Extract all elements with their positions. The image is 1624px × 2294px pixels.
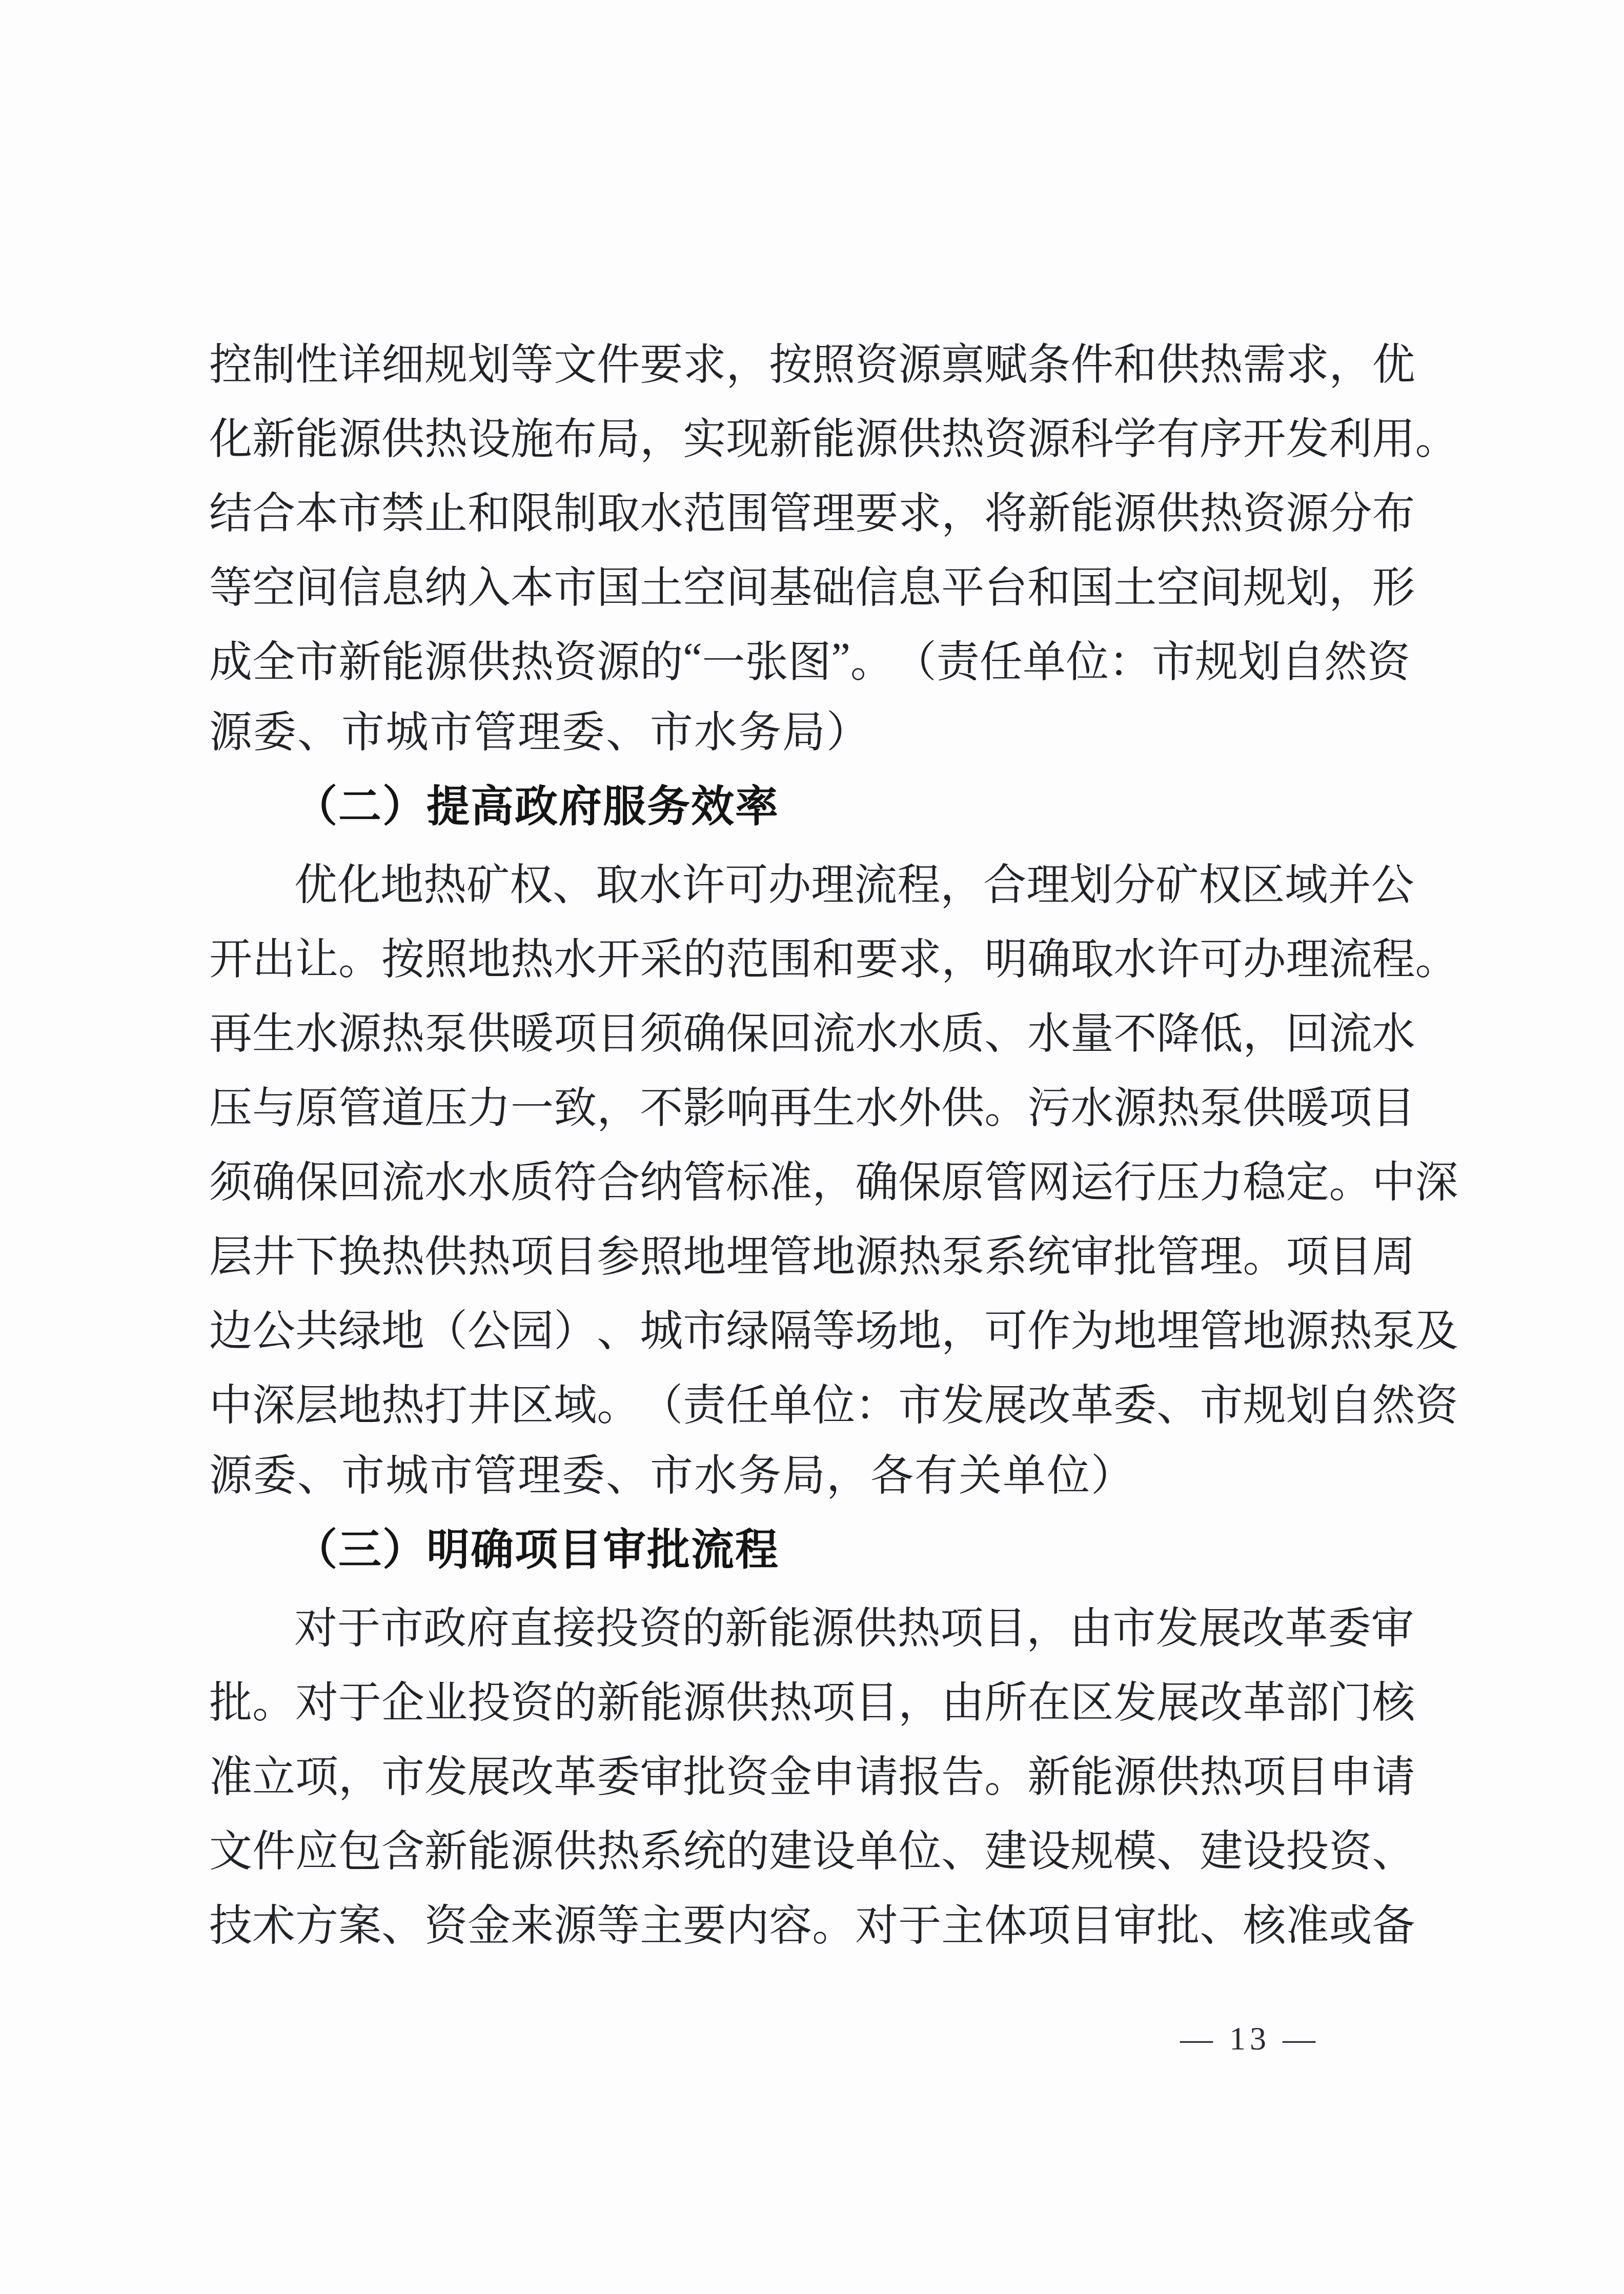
body-line: 再生水源热泵供暖项目须确保回流水水质、水量不降低，回流水 <box>209 993 1392 1067</box>
body-line: 准立项，市发展改革委审批资金申请报告。新能源供热项目申请 <box>209 1736 1392 1811</box>
body-line: 结合本市禁止和限制取水范围管理要求，将新能源供热资源分布 <box>209 473 1392 547</box>
body-line: 源委、市城市管理委、市水务局） <box>209 696 1392 770</box>
scanned-document-page: 控制性详细规划等文件要求，按照资源禀赋条件和供热需求，优 化新能源供热设施布局，… <box>0 0 1624 2294</box>
body-line: 文件应包含新能源供热系统的建设单位、建设规模、建设投资、 <box>209 1811 1392 1885</box>
body-line: 中深层地热打井区域。（责任单位：市发展改革委、市规划自然资 <box>209 1365 1392 1439</box>
body-line: 批。对于企业投资的新能源供热项目，由所在区发展改革部门核 <box>209 1662 1392 1736</box>
body-line: 边公共绿地（公园）、城市绿隔等场地，可作为地埋管地源热泵及 <box>209 1290 1392 1365</box>
body-line: 化新能源供热设施布局，实现新能源供热资源科学有序开发利用。 <box>209 398 1392 473</box>
body-line: 等空间信息纳入本市国土空间基础信息平台和国土空间规划，形 <box>209 547 1392 621</box>
body-line: 开出让。按照地热水开采的范围和要求，明确取水许可办理流程。 <box>209 919 1392 993</box>
body-line: 须确保回流水水质符合纳管标准，确保原管网运行压力稳定。中深 <box>209 1142 1392 1216</box>
body-line: 优化地热矿权、取水许可办理流程，合理划分矿权区域并公 <box>209 844 1392 919</box>
body-line: 层井下换热供热项目参照地埋管地源热泵系统审批管理。项目周 <box>209 1216 1392 1290</box>
body-line: 控制性详细规划等文件要求，按照资源禀赋条件和供热需求，优 <box>209 324 1392 398</box>
section-heading-3: （三）明确项目审批流程 <box>209 1513 1392 1588</box>
section-heading-2: （二）提高政府服务效率 <box>209 770 1392 844</box>
page-number: — 13 — <box>1180 2021 1319 2057</box>
body-line: 对于市政府直接投资的新能源供热项目，由市发展改革委审 <box>209 1588 1392 1662</box>
body-line: 成全市新能源供热资源的“一张图”。（责任单位：市规划自然资 <box>209 621 1392 696</box>
body-line: 压与原管道压力一致，不影响再生水外供。污水源热泵供暖项目 <box>209 1067 1392 1142</box>
document-body: 控制性详细规划等文件要求，按照资源禀赋条件和供热需求，优 化新能源供热设施布局，… <box>209 324 1392 1959</box>
body-line: 源委、市城市管理委、市水务局，各有关单位） <box>209 1439 1392 1513</box>
body-line: 技术方案、资金来源等主要内容。对于主体项目审批、核准或备 <box>209 1885 1392 1959</box>
